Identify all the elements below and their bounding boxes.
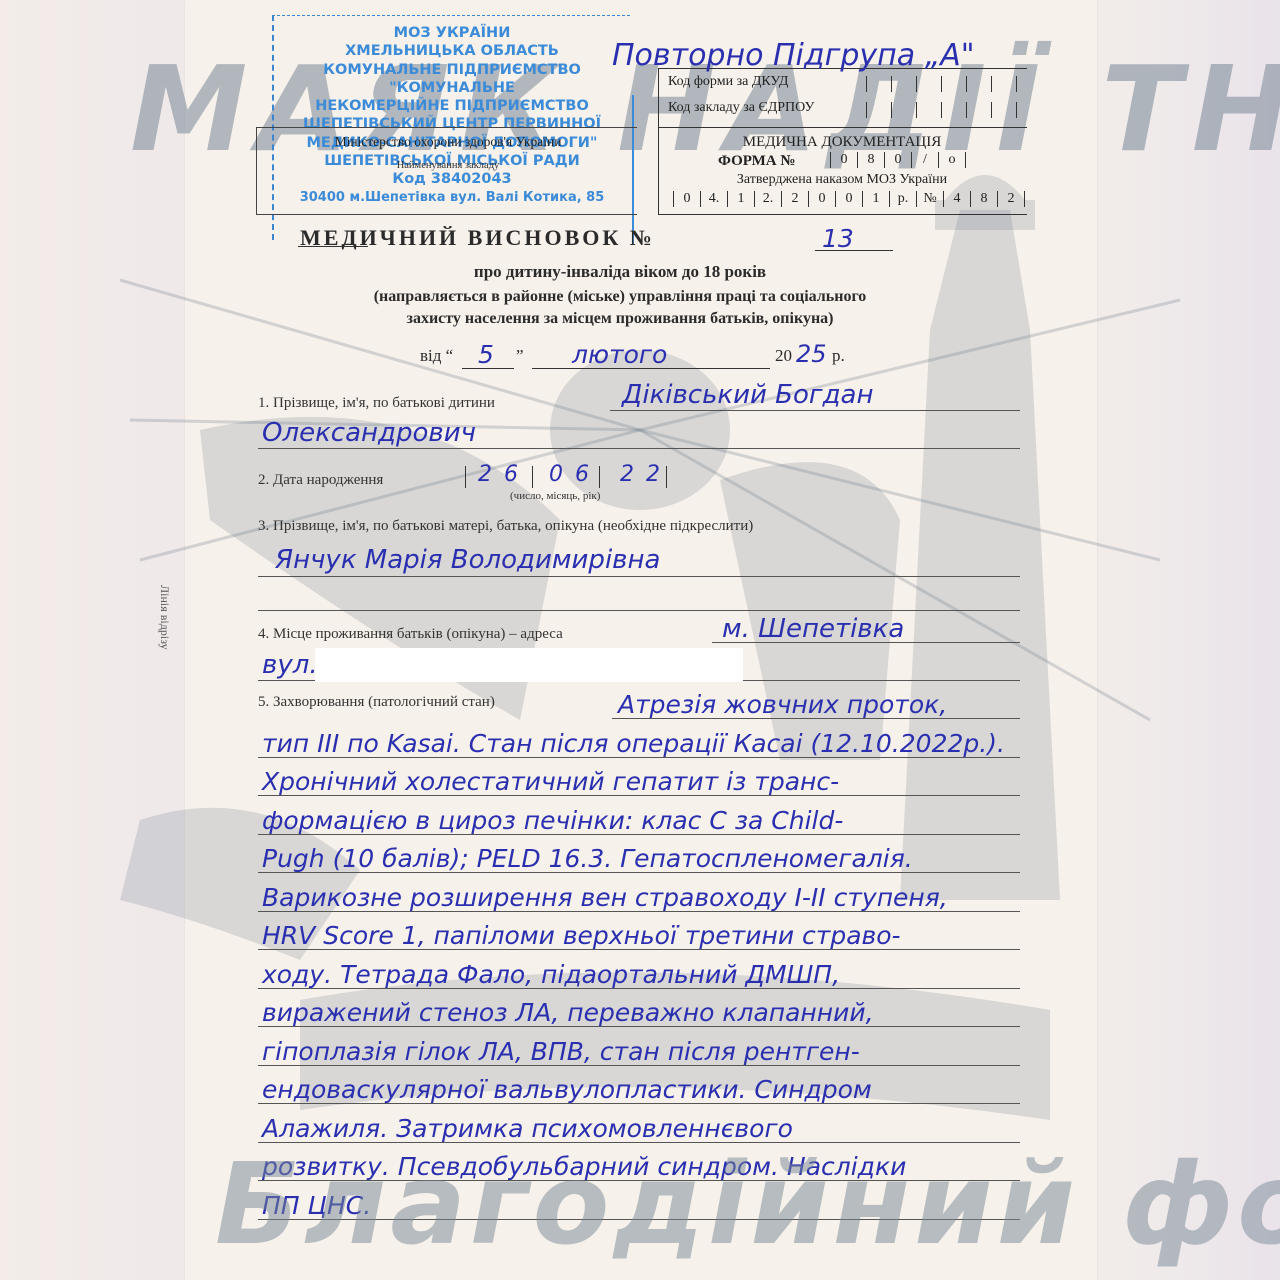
- diagnosis-line: ходу. Тетрада Фало, підаортальний ДМШП,: [262, 960, 840, 989]
- diagnosis-line: формацією в цироз печінки: клас С за Chi…: [262, 806, 843, 835]
- document-subtitle: про дитину-інваліда віком до 18 років: [250, 262, 990, 282]
- handwritten-note-repeat-subgroup: Повторно Підгрупа „А": [612, 38, 975, 73]
- date-of-birth: 26 06 22: [478, 462, 672, 487]
- diagnosis-line: тип III по Kasai. Стан після операції Ка…: [262, 729, 1005, 758]
- child-name-label: 1. Прізвище, ім'я, по батькові дитини: [258, 395, 495, 412]
- form-number-label: ФОРМА №: [718, 153, 795, 170]
- medical-doc-title: МЕДИЧНА ДОКУМЕНТАЦІЯ: [658, 134, 1026, 151]
- institution-label: Найменування закладу: [258, 160, 638, 171]
- margin-cut-line-note: Лінія відрізу: [157, 585, 172, 650]
- ministry-name: Міністерство охорони здоров'я України: [258, 134, 638, 150]
- child-name-line1: Діківський Богдан: [622, 380, 873, 410]
- diagnosis-line: ендоваскулярної вальвулопластики. Синдро…: [262, 1075, 872, 1104]
- dkud-label: Код форми за ДКУД: [668, 74, 788, 90]
- dob-label: 2. Дата народження: [258, 472, 383, 489]
- approved-text: Затверджена наказом МОЗ України: [658, 172, 1026, 188]
- diagnosis-line: Pugh (10 балів); PELD 16.3. Гепатосплено…: [262, 844, 913, 873]
- dkud-cells: [842, 76, 1017, 92]
- date-prefix: від “: [420, 346, 453, 366]
- order-cells: 0 4. 1 2. 2 0 0 1 р. № 4 8 2: [673, 191, 1025, 207]
- diagnosis-line: HRV Score 1, папіломи верхньої третини с…: [262, 921, 901, 950]
- dob-hint: (число, місяць, рік): [510, 490, 600, 502]
- date-quote-close: ”: [516, 346, 524, 366]
- parent-name-label: 3. Прізвище, ім'я, по батькові матері, б…: [258, 518, 753, 535]
- certificate-number: 13: [822, 224, 854, 253]
- rule: [258, 576, 1020, 577]
- diagnosis-line: Алажиля. Затримка психомовленнєвого: [262, 1114, 793, 1143]
- address-label: 4. Місце проживання батьків (опікуна) – …: [258, 626, 563, 643]
- diagnosis-label: 5. Захворювання (патологічний стан): [258, 694, 495, 711]
- routing-note: (направляється в районне (міське) управл…: [250, 286, 990, 330]
- parent-name: Янчук Марія Володимирівна: [275, 545, 660, 575]
- date-day: 5: [478, 340, 494, 369]
- date-suffix: р.: [832, 346, 845, 366]
- rule: [258, 610, 1020, 611]
- diagnosis-line: Хронічний холестатичний гепатит із транс…: [262, 767, 839, 796]
- rule: [258, 448, 1020, 449]
- date-year-prefix: 20: [775, 346, 792, 366]
- edrpou-label: Код закладу за ЄДРПОУ: [668, 100, 814, 116]
- address-street-prefix: вул.: [262, 650, 318, 680]
- diagnosis-line: гіпоплазія гілок ЛА, ВПВ, стан після рен…: [262, 1037, 860, 1066]
- date-year: 25: [796, 340, 827, 368]
- form-number-cells: 0 8 0 / о: [830, 152, 966, 168]
- diagnosis-line: Варикозне розширення вен стравоходу I-II…: [262, 883, 948, 912]
- document-title: МЕДИЧНИЙ ВИСНОВОК №: [300, 225, 655, 251]
- child-name-line2: Олександрович: [262, 418, 476, 448]
- address-city: м. Шепетівка: [722, 614, 904, 644]
- diagnosis-line: виражений стеноз ЛА, переважно клапанний…: [262, 998, 874, 1027]
- watermark-bottom: Благодійний фонд: [215, 1140, 1280, 1270]
- diagnosis-line: Атрезія жовчних проток,: [618, 690, 947, 719]
- redacted-address: [315, 648, 743, 682]
- edrpou-cells: [842, 102, 1017, 118]
- rule: [610, 410, 1020, 411]
- date-month: лютого: [572, 340, 667, 369]
